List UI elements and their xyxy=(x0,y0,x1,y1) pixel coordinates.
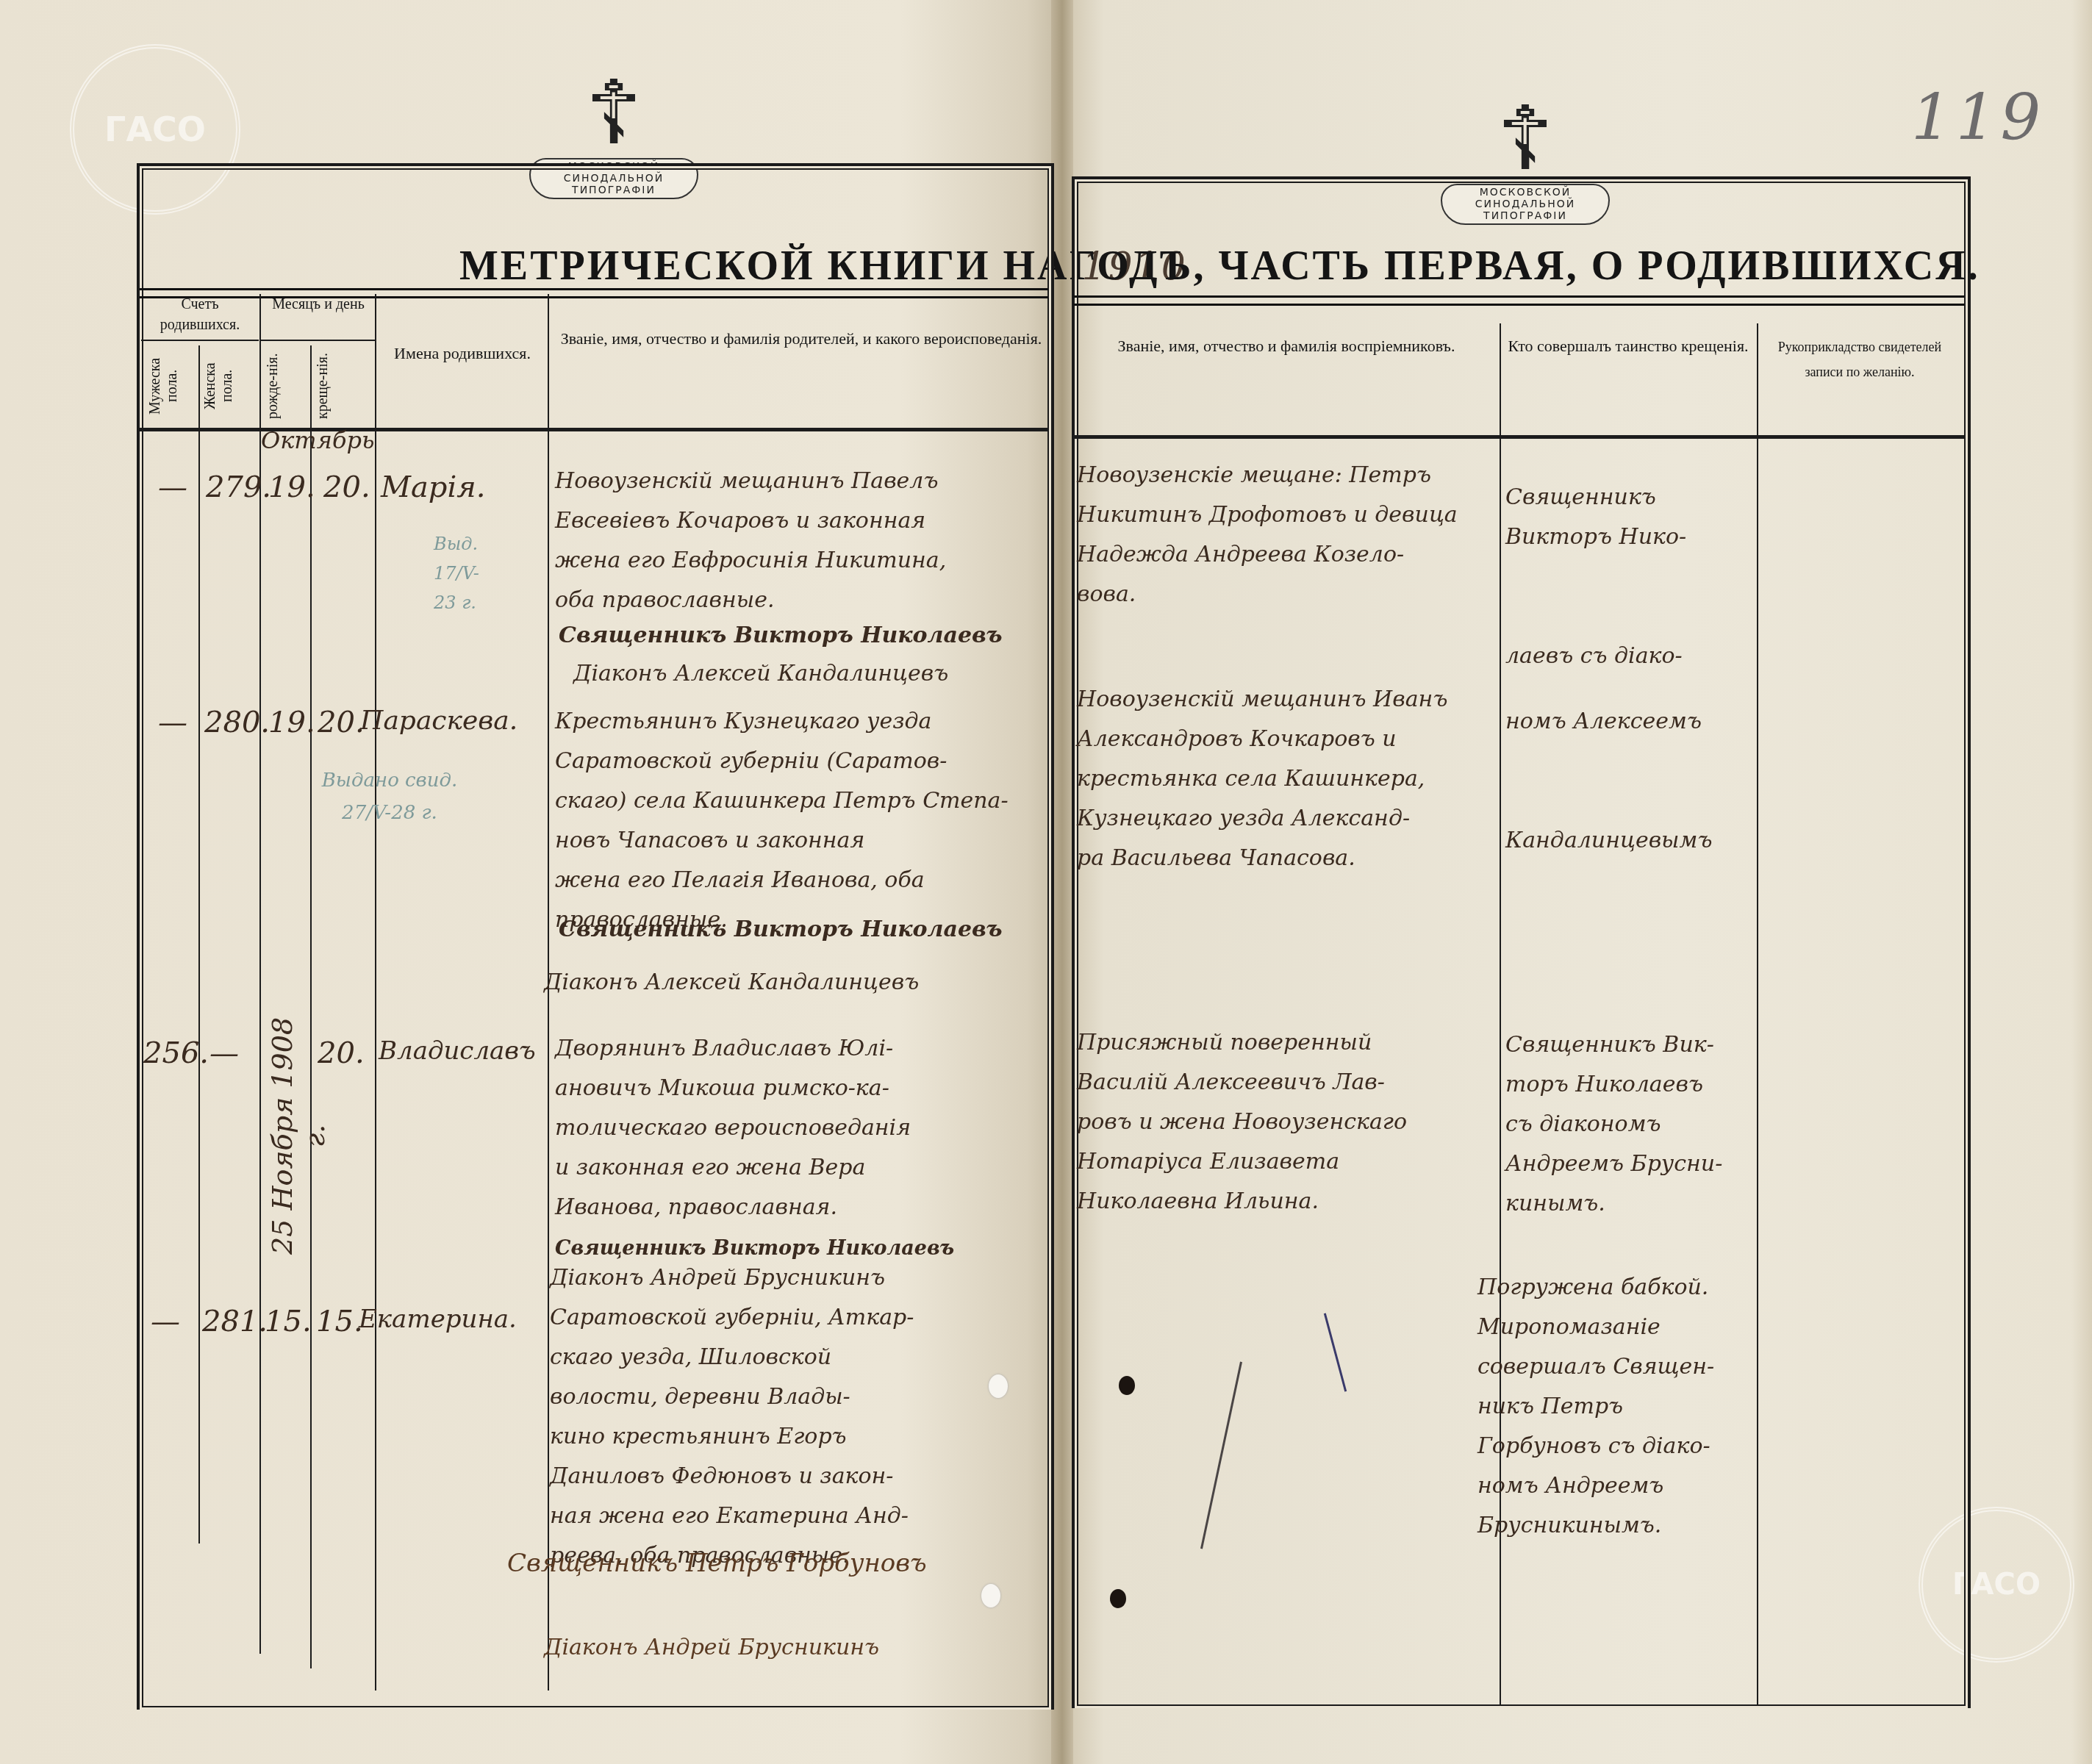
entry-baptism-day: 20. xyxy=(318,1036,365,1070)
entry-female-count: 280. xyxy=(204,706,270,739)
entry-name: Марія. xyxy=(381,470,485,504)
entry-godparents: Новоузенскій мещанинъ Иванъ Александровъ… xyxy=(1077,680,1496,878)
deacon-signature: Діаконъ Алексей Кандалинцевъ xyxy=(573,654,948,694)
pencil-note: Выд. 17/V-23 г. xyxy=(434,529,500,617)
priest-signature: Священникъ Викторъ Николаевъ xyxy=(559,616,1003,656)
entry-performed-by: номъ Алексеемъ Кандалинцевымъ xyxy=(1505,702,1755,861)
entry-parents: Крестьянинъ Кузнецкаго уезда Саратовской… xyxy=(555,702,1047,940)
entry-name: Владиславъ xyxy=(379,1036,536,1066)
pencil-note: Выдано свид. 27/V-28 г. xyxy=(309,764,470,829)
column-divider xyxy=(375,294,376,1690)
entry-birth-date: 25 Ноября 1908 г. xyxy=(266,1014,307,1257)
column-divider xyxy=(310,345,312,1668)
header-birth: рожде-нія. xyxy=(265,345,307,426)
entry-birth-day: 19. xyxy=(268,706,315,739)
header-date-group: Месяцъ и день xyxy=(263,294,373,315)
header-female: Женска пола. xyxy=(202,345,255,426)
entry-name: Параскева. xyxy=(360,706,517,736)
header-male: Мужеска пола. xyxy=(147,345,194,426)
header-performed-by: Кто совершалъ таинство крещенія. xyxy=(1507,331,1749,362)
entry-godparents: Присяжный поверенный Василій Алексеевичъ… xyxy=(1077,1023,1496,1222)
entry-parents: Дворянинъ Владиславъ Юлі- ановичъ Микоша… xyxy=(555,1029,1047,1227)
punch-hole xyxy=(1119,1376,1135,1395)
subheader-rule xyxy=(141,340,259,341)
entry-name: Екатерина. xyxy=(359,1305,517,1334)
header-baptism: креще-нія. xyxy=(315,345,372,426)
priest-signature: Священникъ Викторъ Николаевъ xyxy=(559,910,1003,950)
page-number: 119 xyxy=(1911,81,2045,154)
priest-signature: Священникъ Петръ Горбуновъ xyxy=(507,1543,927,1583)
entry-male-count: — xyxy=(158,706,187,739)
header-godparents: Званіе, имя, отчество и фамилія воспріем… xyxy=(1103,331,1470,362)
header-witness-signatures: Рукоприкладство свидетелей записи по жел… xyxy=(1760,334,1959,384)
double-headed-eagle-icon: ☦ xyxy=(1441,96,1610,184)
entry-birth-day: 19. xyxy=(268,470,315,504)
entry-female-count: 281. xyxy=(202,1305,268,1338)
entry-godparents: Новоузенскіе мещане: Петръ Никитинъ Дроф… xyxy=(1077,456,1496,614)
header-parents: Званіе, имя, отчество и фамилія родителе… xyxy=(559,323,1044,354)
entry-performed-by: Священникъ Вик- торъ Николаевъ съ діакон… xyxy=(1505,1025,1755,1224)
header-count-group: Счетъ родившихся. xyxy=(141,294,259,335)
entry-performed-by: Погружена бабкой. Миропомазаніе совершал… xyxy=(1477,1268,1757,1546)
punch-hole xyxy=(1110,1589,1126,1608)
entry-baptism-day: 20. xyxy=(323,470,370,504)
deacon-signature: Діаконъ Андрей Брусникинъ xyxy=(544,1628,879,1668)
entry-parents: Новоузенскій мещанинъ Павелъ Евсевіевъ К… xyxy=(555,462,1047,620)
entry-performed-by: Священникъ Викторъ Нико- лаевъ съ діако- xyxy=(1505,478,1755,676)
punch-hole xyxy=(989,1374,1008,1398)
entry-baptism-day: 20. xyxy=(318,706,365,739)
deacon-signature: Діаконъ Алексей Кандалинцевъ xyxy=(544,963,919,1003)
double-headed-eagle-icon: ☦ xyxy=(529,70,698,158)
entry-female-count: 279. xyxy=(206,470,271,504)
entry-male-count: — xyxy=(151,1305,180,1338)
entry-male-count: — xyxy=(158,470,187,504)
subheader-rule xyxy=(261,340,375,341)
entry-female-count: — xyxy=(209,1036,239,1070)
entry-male-count: 256. xyxy=(143,1036,209,1070)
entry-birth-day: 15. xyxy=(265,1305,312,1338)
header-top-rule xyxy=(1073,295,1964,306)
column-divider xyxy=(198,345,200,1543)
month-note: Октябрь xyxy=(261,426,374,454)
column-divider xyxy=(1757,323,1758,1705)
header-names: Имена родившихся. xyxy=(379,338,546,369)
entry-parents: Діаконъ Андрей Брусникинъ Саратовской гу… xyxy=(550,1258,1050,1576)
entry-baptism-day: 15. xyxy=(316,1305,363,1338)
punch-hole xyxy=(981,1584,1000,1607)
header-bottom-rule xyxy=(1073,435,1964,439)
